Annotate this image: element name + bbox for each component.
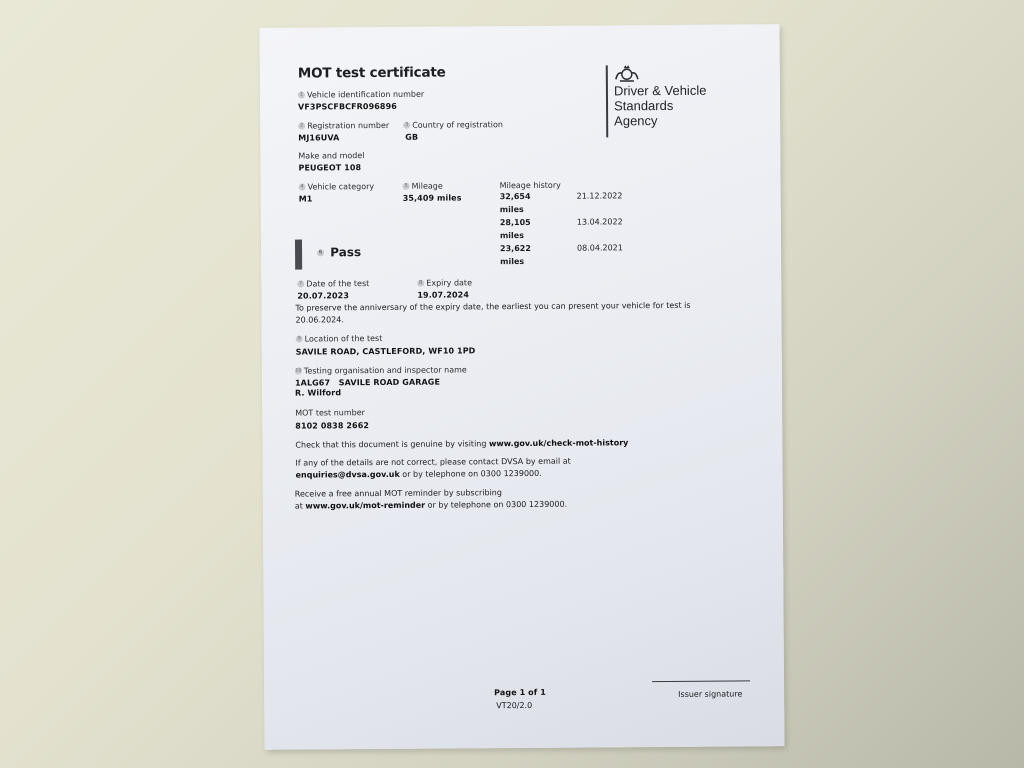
field-number-icon: 10 [295, 368, 302, 375]
vin-label-text: Vehicle identification number [307, 90, 424, 100]
mileage-history-label: Mileage history [500, 181, 561, 190]
mot-reminder-link[interactable]: www.gov.uk/mot-reminder [305, 501, 425, 511]
result-indicator-bar [295, 240, 302, 270]
organisation-value: 1ALG67 SAVILE ROAD GARAGE [295, 378, 440, 388]
check-mot-history-link[interactable]: www.gov.uk/check-mot-history [489, 438, 628, 448]
field-number-icon: 8 [417, 280, 424, 287]
vin-label: 1Vehicle identification number [298, 90, 424, 100]
test-result: 6 Pass [317, 245, 361, 259]
reminder-line-1: Receive a free annual MOT reminder by su… [295, 488, 502, 498]
agency-line-1: Driver & Vehicle [614, 83, 707, 99]
location-value: SAVILE ROAD, CASTLEFORD, WF10 1PD [296, 346, 476, 356]
issuer-signature-label: Issuer signature [678, 689, 742, 698]
history-miles: 23,622 miles [500, 242, 557, 268]
history-date: 21.12.2022 [577, 189, 623, 215]
signature-line [652, 680, 750, 682]
test-number-value: 8102 0838 2662 [295, 421, 369, 431]
organisation-name: SAVILE ROAD GARAGE [339, 378, 440, 388]
country-label-text: Country of registration [412, 120, 503, 130]
agency-line-3: Agency [614, 113, 707, 129]
history-date: 13.04.2022 [577, 215, 623, 241]
field-number-icon: 7 [297, 281, 304, 288]
reminder-suffix: or by telephone on 0300 1239000. [425, 500, 567, 510]
organisation-label: 10Testing organisation and inspector nam… [295, 365, 467, 375]
contact-line-2: enquiries@dvsa.gov.uk or by telephone on… [296, 469, 542, 480]
registration-label: 2Registration number [298, 121, 389, 131]
make-model-value: PEUGEOT 108 [298, 163, 361, 172]
mileage-history-row: 32,654 miles21.12.2022 [500, 189, 623, 216]
field-number-icon: 1 [298, 92, 305, 99]
organisation-label-text: Testing organisation and inspector name [304, 365, 467, 375]
field-number-icon: 3 [403, 122, 410, 129]
royal-coat-of-arms-icon [612, 63, 642, 83]
contact-line-1: If any of the details are not correct, p… [295, 457, 570, 468]
test-number-label: MOT test number [295, 408, 365, 417]
category-label-text: Vehicle category [308, 182, 375, 191]
country-value: GB [405, 133, 418, 142]
history-miles: 28,105 miles [500, 216, 557, 242]
history-miles: 32,654 miles [500, 190, 557, 216]
form-code: VT20/2.0 [496, 701, 532, 710]
expiry-date-label: 8Expiry date [417, 278, 472, 287]
anniversary-note-line-2: 20.06.2024. [295, 315, 343, 324]
inspector-name: R. Wilford [295, 388, 341, 397]
expiry-date-value: 19.07.2024 [417, 290, 469, 299]
field-number-icon: 9 [296, 336, 303, 343]
genuine-check-text: Check that this document is genuine by v… [295, 438, 628, 449]
agency-line-2: Standards [614, 98, 707, 114]
mileage-label: 5Mileage [403, 182, 443, 191]
mileage-label-text: Mileage [412, 182, 443, 191]
mileage-history-list: 32,654 miles21.12.2022 28,105 miles13.04… [500, 189, 623, 268]
field-number-icon: 2 [298, 123, 305, 130]
test-result-value: Pass [330, 245, 361, 259]
reminder-line-2: at www.gov.uk/mot-reminder or by telepho… [295, 500, 567, 511]
category-label: 4Vehicle category [299, 182, 375, 192]
registration-value: MJ16UVA [298, 133, 339, 142]
anniversary-note-line-1: To preserve the anniversary of the expir… [295, 301, 690, 313]
logo-divider [606, 65, 608, 137]
location-label-text: Location of the test [305, 334, 383, 344]
country-label: 3Country of registration [403, 120, 503, 130]
field-number-icon: 4 [299, 184, 306, 191]
test-date-label: 7Date of the test [297, 279, 369, 289]
contact-phone-text: or by telephone on 0300 1239000. [400, 469, 542, 479]
document-title: MOT test certificate [298, 65, 446, 82]
test-date-label-text: Date of the test [306, 279, 369, 288]
reminder-prefix: at [295, 502, 306, 511]
mot-certificate-page: MOT test certificate Driver & Vehicle St… [259, 24, 784, 750]
mileage-history-row: 28,105 miles13.04.2022 [500, 215, 623, 242]
organisation-code: 1ALG67 [295, 378, 330, 387]
location-label: 9Location of the test [296, 334, 383, 344]
page-number: Page 1 of 1 [494, 688, 546, 697]
category-value: M1 [299, 194, 313, 203]
expiry-date-label-text: Expiry date [426, 278, 472, 287]
agency-name: Driver & Vehicle Standards Agency [614, 83, 707, 129]
mileage-history-row: 23,622 miles08.04.2021 [500, 241, 623, 268]
history-date: 08.04.2021 [577, 241, 623, 267]
mileage-value: 35,409 miles [403, 193, 462, 202]
dvsa-email-link[interactable]: enquiries@dvsa.gov.uk [296, 470, 400, 480]
registration-label-text: Registration number [307, 121, 389, 131]
test-date-value: 20.07.2023 [297, 291, 349, 300]
field-number-icon: 6 [317, 249, 324, 256]
vin-value: VF3PSCFBCFR096896 [298, 102, 397, 112]
genuine-check-prefix: Check that this document is genuine by v… [295, 439, 489, 449]
make-model-label: Make and model [298, 151, 364, 160]
field-number-icon: 5 [403, 183, 410, 190]
